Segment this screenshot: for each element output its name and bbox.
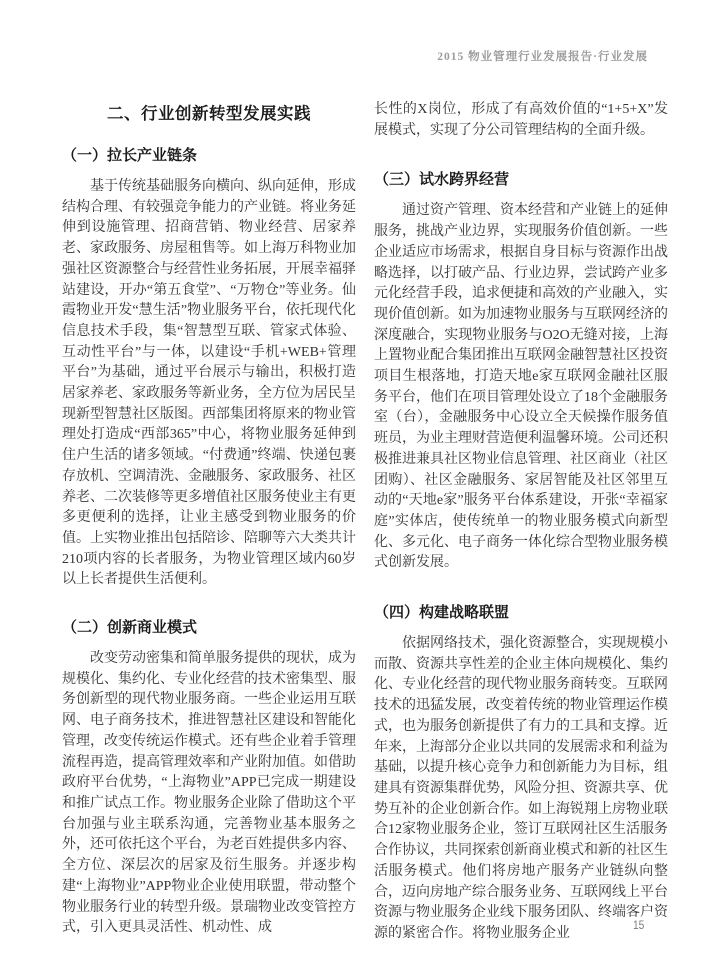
running-header: 2015 物业管理行业发展报告·行业发展: [437, 48, 648, 64]
section-2-paragraph-part2: 长性的X岗位，形成了有高效价值的“1+5+X”发展模式，实现了分公司管理结构的全…: [374, 100, 668, 141]
section-1-heading: （一）拉长产业链条: [62, 144, 356, 165]
section-4-paragraph: 依据网络技术，强化资源整合，实现规模小而散、资源共享性差的企业主体向规模化、集约…: [374, 634, 668, 945]
section-3-paragraph: 通过资产管理、资本经营和产业链上的延伸服务，挑战产业边界，实现服务价值创新。一些…: [374, 201, 668, 574]
left-column: 二、行业创新转型发展实践 （一）拉长产业链条 基于传统基础服务向横向、纵向延伸，…: [62, 100, 356, 939]
section-1-paragraph: 基于传统基础服务向横向、纵向延伸，形成结构合理、有较强竞争能力的产业链。将业务延…: [62, 177, 356, 591]
right-column: 长性的X岗位，形成了有高效价值的“1+5+X”发展模式，实现了分公司管理结构的全…: [374, 100, 668, 945]
section-4-heading: （四）构建战略联盟: [374, 601, 668, 622]
section-2-heading: （二）创新商业模式: [62, 616, 356, 637]
section-3-heading: （三）试水跨界经营: [374, 168, 668, 189]
page-number: 15: [633, 918, 644, 932]
document-page: 2015 物业管理行业发展报告·行业发展 二、行业创新转型发展实践 （一）拉长产…: [0, 0, 710, 964]
chapter-heading: 二、行业创新转型发展实践: [62, 100, 356, 124]
section-2-paragraph-part1: 改变劳动密集和简单服务提供的现状，成为规模化、集约化、专业化经营的技术密集型、服…: [62, 649, 356, 939]
